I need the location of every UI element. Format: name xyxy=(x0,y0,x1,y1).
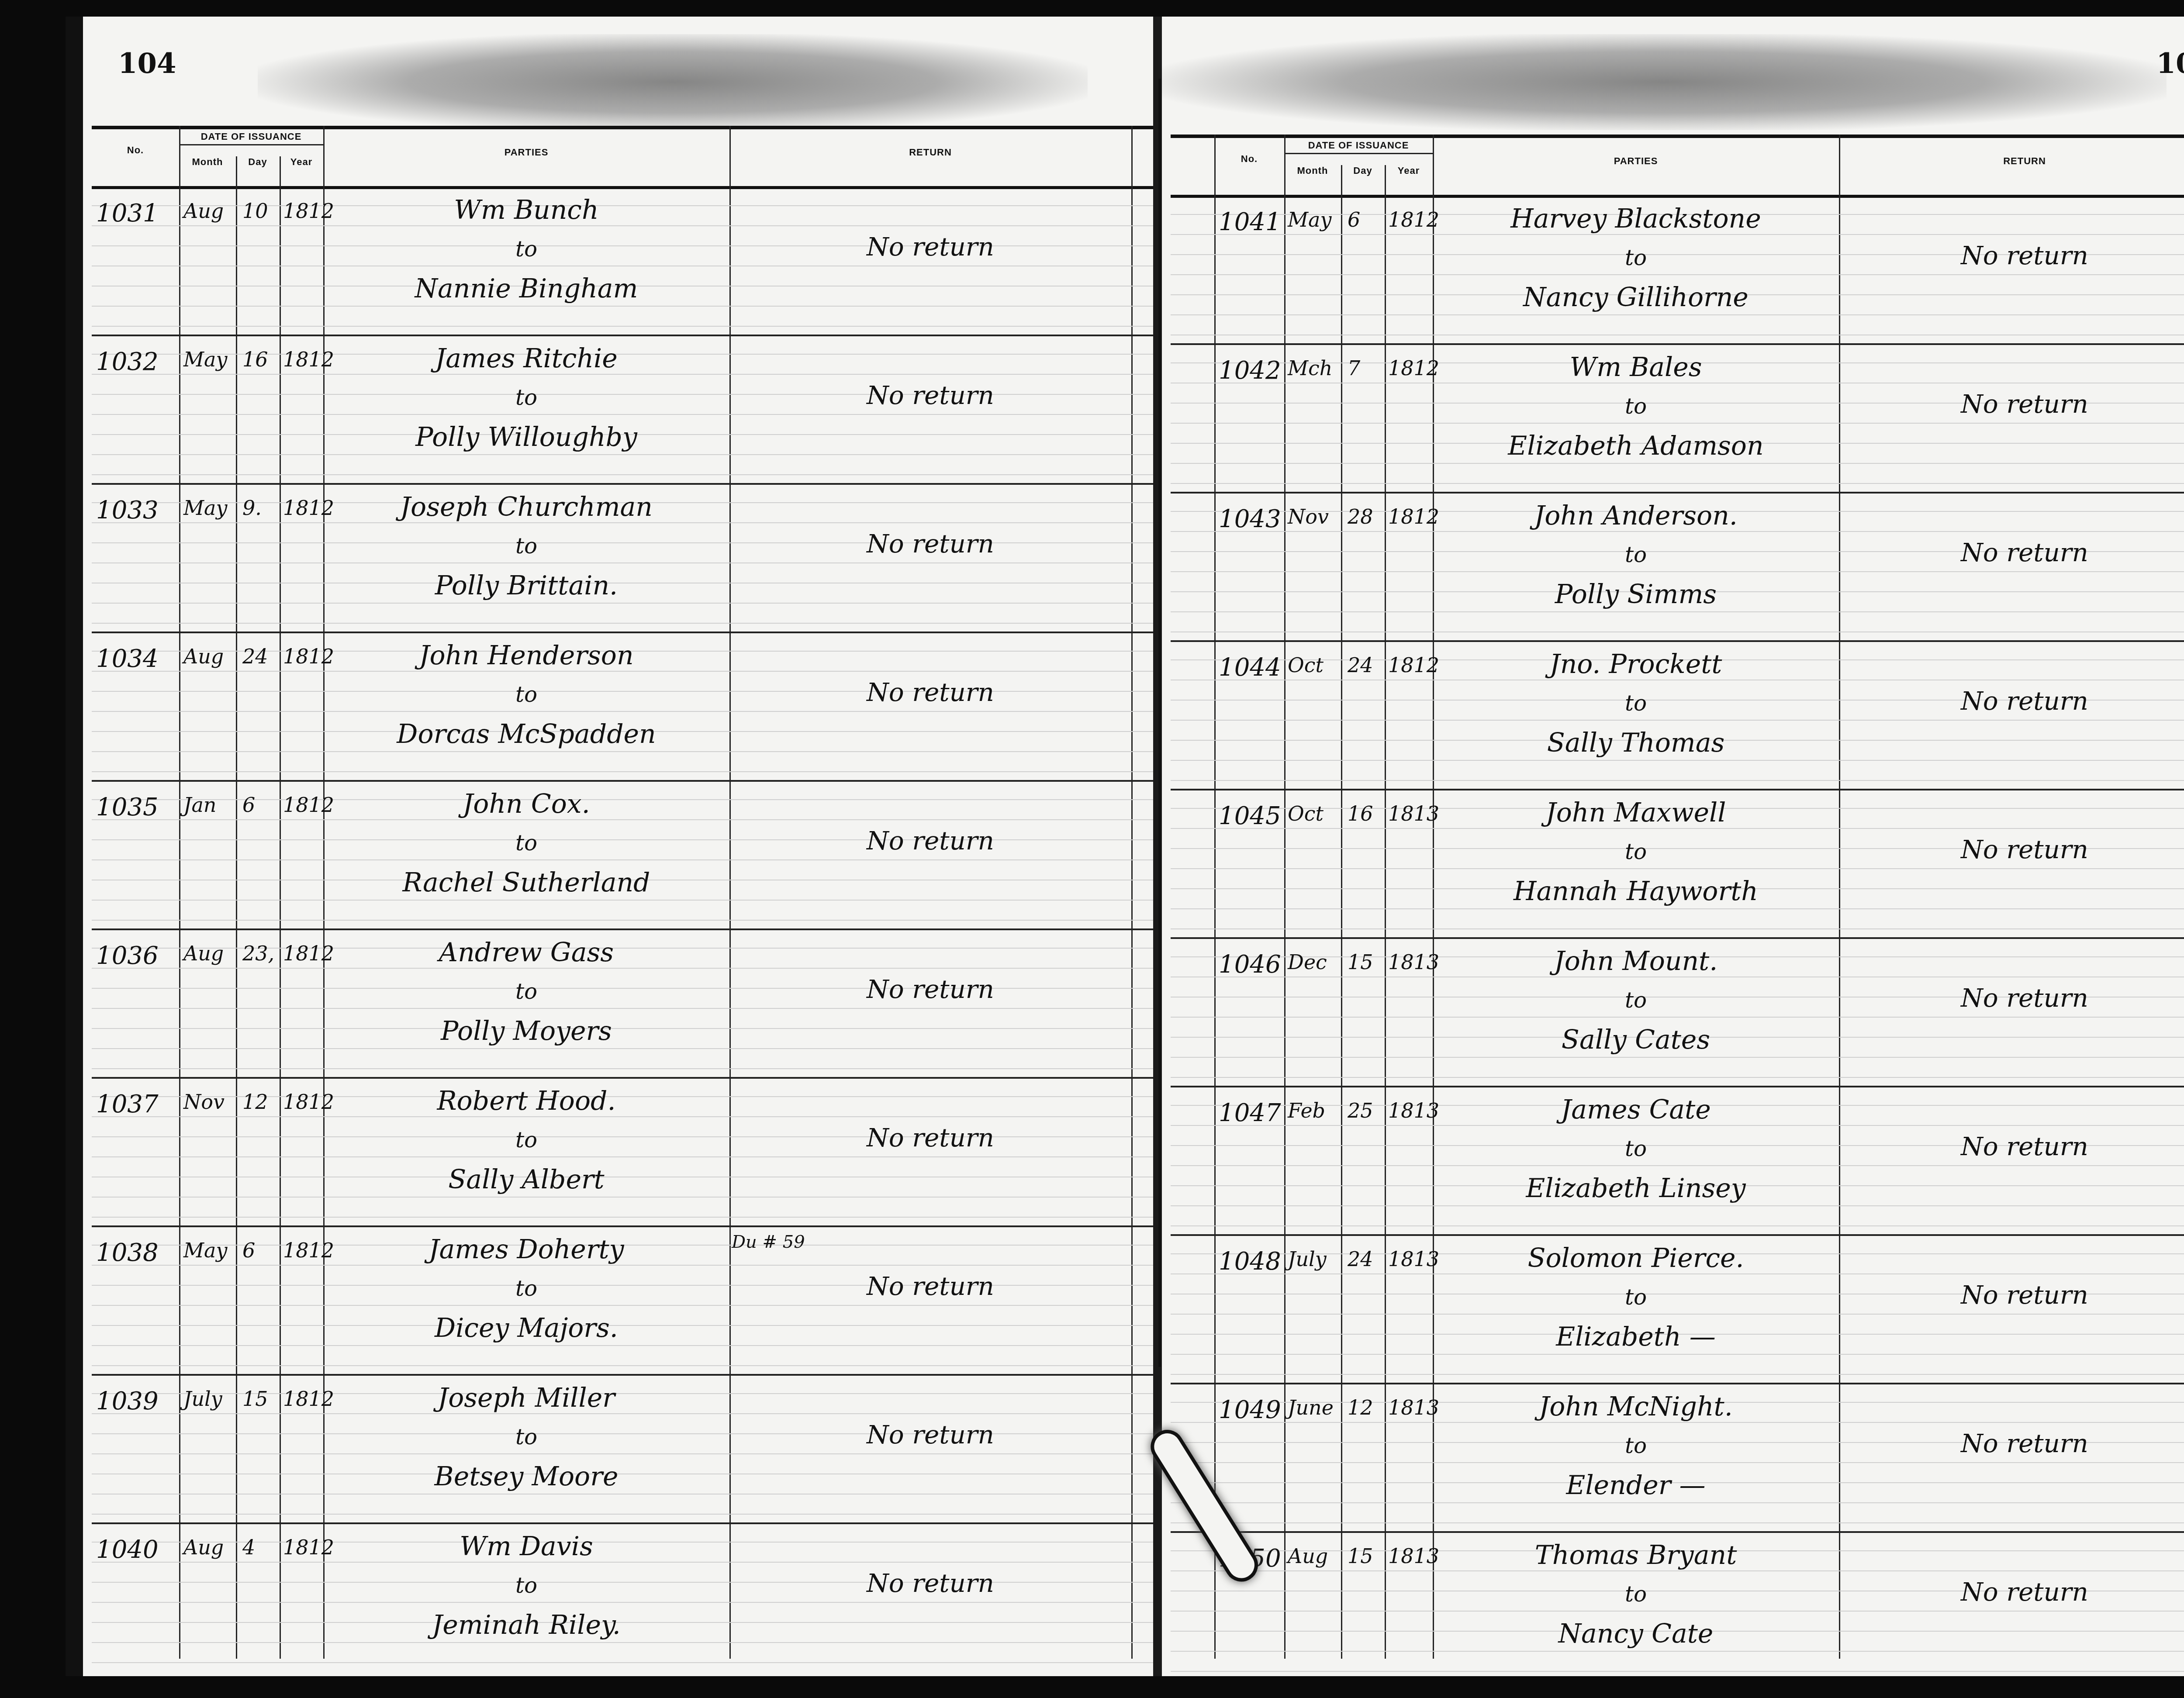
party-bride: Polly Brittain. xyxy=(323,570,729,601)
party-groom: John Anderson. xyxy=(1433,500,1839,531)
ledger-table: No. DATE OF ISSUANCE Month Day Year PART… xyxy=(1171,135,2184,1659)
party-groom: Wm Davis xyxy=(323,1531,729,1562)
party-connector: to xyxy=(323,1424,729,1450)
party-groom: James Ritchie xyxy=(323,343,729,374)
party-groom: John Cox. xyxy=(323,789,729,819)
party-connector: to xyxy=(1433,1433,1839,1458)
return-status: No return xyxy=(729,826,1131,856)
entry-day: 28 xyxy=(1348,505,1373,528)
party-bride: Sally Cates xyxy=(1433,1025,1839,1055)
entry-month: Aug xyxy=(183,1536,224,1559)
entry-list: 1041 May 6 1812 Harvey Blackstone to Nan… xyxy=(1171,195,2184,1659)
entry-month: Nov xyxy=(1288,505,1329,528)
return-status: No return xyxy=(729,677,1131,707)
entry-day: 6 xyxy=(242,793,255,817)
return-status: No return xyxy=(729,1568,1131,1598)
header-day: Day xyxy=(236,156,280,168)
left-page: 104 No. DATE OF ISSUANCE Month Day Year … xyxy=(66,17,1171,1676)
return-status: No return xyxy=(729,1420,1131,1450)
entry-number: 1035 xyxy=(96,793,159,821)
entry-month: Aug xyxy=(1288,1544,1328,1568)
margin-note: Du # 59 xyxy=(732,1232,805,1252)
header-no: No. xyxy=(1214,153,1284,165)
party-bride: Elender — xyxy=(1433,1470,1839,1501)
party-groom: James Cate xyxy=(1433,1094,1839,1125)
entry-day: 16 xyxy=(242,348,268,371)
entry-month: July xyxy=(183,1387,222,1411)
entry-month: Aug xyxy=(183,942,224,965)
party-connector: to xyxy=(1433,839,1839,864)
entry-year: 1812 xyxy=(1388,208,1439,231)
header-date-of-issuance: DATE OF ISSUANCE xyxy=(1284,140,1433,154)
entry-year: 1813 xyxy=(1388,1099,1439,1122)
header-year: Year xyxy=(1385,165,1433,176)
scan-shadow xyxy=(258,34,1088,130)
party-groom: James Doherty xyxy=(323,1234,729,1265)
table-row: 1038 May 6 1812 James Doherty to Dicey M… xyxy=(92,1225,1162,1376)
header-return: RETURN xyxy=(1839,155,2184,167)
ledger-table: No. DATE OF ISSUANCE Month Day Year PART… xyxy=(92,126,1162,1659)
party-bride: Dorcas McSpadden xyxy=(323,719,729,749)
table-row: 1047 Feb 25 1813 James Cate to Elizabeth… xyxy=(1171,1086,2184,1236)
entry-day: 23, xyxy=(242,942,274,965)
entry-number: 1042 xyxy=(1219,356,1281,385)
page-number: 105 xyxy=(2156,47,2184,80)
entry-day: 7 xyxy=(1348,356,1360,380)
entry-day: 12 xyxy=(1348,1396,1373,1419)
entry-month: May xyxy=(183,496,228,520)
entry-number: 1047 xyxy=(1219,1099,1281,1127)
party-bride: Nancy Cate xyxy=(1433,1619,1839,1649)
ledger-scan: 104 No. DATE OF ISSUANCE Month Day Year … xyxy=(0,0,2184,1698)
party-bride: Hannah Hayworth xyxy=(1433,876,1839,907)
entry-year: 1813 xyxy=(1388,1544,1439,1568)
party-groom: Wm Bunch xyxy=(323,195,729,225)
party-groom: Andrew Gass xyxy=(323,937,729,968)
party-groom: Harvey Blackstone xyxy=(1433,204,1839,234)
return-status: No return xyxy=(729,974,1131,1004)
party-groom: John Henderson xyxy=(323,640,729,671)
entry-number: 1045 xyxy=(1219,802,1281,830)
return-status: No return xyxy=(1839,241,2184,270)
party-bride: Sally Albert xyxy=(323,1164,729,1195)
party-groom: Jno. Prockett xyxy=(1433,649,1839,680)
return-status: No return xyxy=(1839,389,2184,419)
table-row: 1031 Aug 10 1812 Wm Bunch to Nannie Bing… xyxy=(92,186,1162,336)
party-bride: Elizabeth Adamson xyxy=(1433,431,1839,461)
party-connector: to xyxy=(323,682,729,707)
return-status: No return xyxy=(1839,835,2184,864)
party-connector: to xyxy=(1433,1136,1839,1161)
return-status: No return xyxy=(1839,1429,2184,1458)
table-row: 1042 Mch 7 1812 Wm Bales to Elizabeth Ad… xyxy=(1171,343,2184,494)
header-return: RETURN xyxy=(729,147,1131,158)
entry-month: Dec xyxy=(1288,950,1327,974)
entry-number: 1041 xyxy=(1219,208,1281,236)
entry-number: 1043 xyxy=(1219,505,1281,533)
table-row: 1040 Aug 4 1812 Wm Davis to Jeminah Rile… xyxy=(92,1522,1162,1671)
party-connector: to xyxy=(1433,1581,1839,1607)
party-bride: Polly Moyers xyxy=(323,1016,729,1046)
party-groom: John Mount. xyxy=(1433,946,1839,977)
entry-year: 1813 xyxy=(1388,802,1439,825)
entry-day: 15 xyxy=(1348,950,1373,974)
entry-number: 1034 xyxy=(96,645,159,673)
party-connector: to xyxy=(323,1276,729,1301)
party-bride: Rachel Sutherland xyxy=(323,867,729,898)
entry-day: 24 xyxy=(242,645,268,668)
party-connector: to xyxy=(323,830,729,856)
entry-month: July xyxy=(1288,1247,1327,1271)
entry-year: 1812 xyxy=(1388,653,1439,677)
party-connector: to xyxy=(323,1127,729,1153)
party-bride: Elizabeth Linsey xyxy=(1433,1173,1839,1204)
party-connector: to xyxy=(323,979,729,1004)
header-month: Month xyxy=(179,156,236,168)
entry-number: 1033 xyxy=(96,496,159,525)
party-bride: Sally Thomas xyxy=(1433,728,1839,758)
entry-day: 10 xyxy=(242,199,268,223)
entry-day: 6 xyxy=(242,1239,255,1262)
entry-day: 15 xyxy=(242,1387,268,1411)
party-groom: Robert Hood. xyxy=(323,1086,729,1116)
entry-day: 9. xyxy=(242,496,262,520)
party-groom: Wm Bales xyxy=(1433,352,1839,383)
entry-number: 1036 xyxy=(96,942,159,970)
entry-day: 24 xyxy=(1348,1247,1373,1271)
entry-number: 1046 xyxy=(1219,950,1281,979)
entry-year: 1812 xyxy=(1388,356,1439,380)
entry-year: 1813 xyxy=(1388,1396,1439,1419)
entry-number: 1032 xyxy=(96,348,159,376)
return-status: No return xyxy=(1839,983,2184,1013)
spine-crease xyxy=(1158,79,1161,1367)
party-connector: to xyxy=(323,236,729,262)
table-header: No. DATE OF ISSUANCE Month Day Year PART… xyxy=(1171,135,2184,198)
entry-number: 1031 xyxy=(96,199,159,228)
entry-month: May xyxy=(1288,208,1332,231)
entry-month: May xyxy=(183,348,228,371)
scan-shadow xyxy=(1162,34,2167,130)
party-connector: to xyxy=(323,385,729,410)
header-month: Month xyxy=(1284,165,1341,176)
party-groom: John McNight. xyxy=(1433,1391,1839,1422)
entry-day: 4 xyxy=(242,1536,255,1559)
party-connector: to xyxy=(1433,690,1839,716)
return-status: No return xyxy=(1839,1577,2184,1607)
table-row: 1037 Nov 12 1812 Robert Hood. to Sally A… xyxy=(92,1077,1162,1227)
header-parties: PARTIES xyxy=(323,147,729,158)
table-row: 1034 Aug 24 1812 John Henderson to Dorca… xyxy=(92,632,1162,782)
party-connector: to xyxy=(1433,542,1839,567)
entry-day: 6 xyxy=(1348,208,1360,231)
return-status: No return xyxy=(1839,538,2184,567)
party-bride: Nannie Bingham xyxy=(323,273,729,304)
entry-month: May xyxy=(183,1239,228,1262)
entry-number: 1037 xyxy=(96,1090,159,1118)
entry-year: 1813 xyxy=(1388,950,1439,974)
entry-day: 25 xyxy=(1348,1099,1373,1122)
return-status: No return xyxy=(729,232,1131,262)
entry-month: Feb xyxy=(1288,1099,1325,1122)
return-status: No return xyxy=(729,529,1131,559)
party-connector: to xyxy=(1433,245,1839,270)
party-bride: Elizabeth — xyxy=(1433,1322,1839,1352)
entry-year: 1813 xyxy=(1388,1247,1439,1271)
return-status: No return xyxy=(1839,686,2184,716)
page-number: 104 xyxy=(118,47,176,80)
party-groom: Solomon Pierce. xyxy=(1433,1243,1839,1273)
party-bride: Dicey Majors. xyxy=(323,1313,729,1343)
entry-list: 1031 Aug 10 1812 Wm Bunch to Nannie Bing… xyxy=(92,186,1162,1659)
entry-month: Oct xyxy=(1288,802,1324,825)
table-row: 1043 Nov 28 1812 John Anderson. to Polly… xyxy=(1171,492,2184,642)
header-no: No. xyxy=(92,145,179,156)
party-connector: to xyxy=(1433,1284,1839,1310)
entry-month: Nov xyxy=(183,1090,225,1114)
party-bride: Jeminah Riley. xyxy=(323,1610,729,1640)
entry-day: 16 xyxy=(1348,802,1373,825)
table-row: 1033 May 9. 1812 Joseph Churchman to Pol… xyxy=(92,483,1162,633)
entry-number: 1044 xyxy=(1219,653,1281,682)
party-groom: Thomas Bryant xyxy=(1433,1540,1839,1570)
party-bride: Polly Willoughby xyxy=(323,422,729,452)
table-row: 1041 May 6 1812 Harvey Blackstone to Nan… xyxy=(1171,195,2184,345)
return-status: No return xyxy=(729,380,1131,410)
party-groom: Joseph Miller xyxy=(323,1383,729,1413)
header-year: Year xyxy=(280,156,323,168)
party-bride: Nancy Gillihorne xyxy=(1433,282,1839,313)
table-row: 1032 May 16 1812 James Ritchie to Polly … xyxy=(92,335,1162,485)
entry-day: 15 xyxy=(1348,1544,1373,1568)
entry-number: 1048 xyxy=(1219,1247,1281,1276)
right-page: 105 No. DATE OF ISSUANCE Month Day Year … xyxy=(1162,17,2184,1676)
entry-number: 1039 xyxy=(96,1387,159,1415)
entry-month: Jan xyxy=(183,793,217,817)
table-row: 1050 Aug 15 1813 Thomas Bryant to Nancy … xyxy=(1171,1531,2184,1676)
return-status: No return xyxy=(1839,1280,2184,1310)
entry-month: Mch xyxy=(1288,356,1333,380)
entry-month: Aug xyxy=(183,645,224,668)
entry-month: June xyxy=(1288,1396,1334,1419)
return-status: No return xyxy=(1839,1132,2184,1161)
entry-day: 12 xyxy=(242,1090,268,1114)
table-row: 1049 June 12 1813 John McNight. to Elend… xyxy=(1171,1383,2184,1533)
return-status: No return xyxy=(729,1123,1131,1153)
table-row: 1045 Oct 16 1813 John Maxwell to Hannah … xyxy=(1171,789,2184,939)
table-row: 1044 Oct 24 1812 Jno. Prockett to Sally … xyxy=(1171,640,2184,790)
party-connector: to xyxy=(1433,393,1839,419)
table-row: 1036 Aug 23, 1812 Andrew Gass to Polly M… xyxy=(92,928,1162,1079)
party-connector: to xyxy=(323,533,729,559)
party-connector: to xyxy=(1433,987,1839,1013)
party-bride: Polly Simms xyxy=(1433,579,1839,610)
entry-number: 1049 xyxy=(1219,1396,1281,1424)
entry-number: 1038 xyxy=(96,1239,159,1267)
entry-month: Oct xyxy=(1288,653,1324,677)
table-row: 1039 July 15 1812 Joseph Miller to Betse… xyxy=(92,1374,1162,1524)
entry-number: 1040 xyxy=(96,1536,159,1564)
table-header: No. DATE OF ISSUANCE Month Day Year PART… xyxy=(92,126,1162,189)
entry-year: 1812 xyxy=(1388,505,1439,528)
party-bride: Betsey Moore xyxy=(323,1461,729,1492)
header-parties: PARTIES xyxy=(1433,155,1839,167)
header-day: Day xyxy=(1341,165,1385,176)
party-groom: Joseph Churchman xyxy=(323,492,729,522)
table-row: 1035 Jan 6 1812 John Cox. to Rachel Suth… xyxy=(92,780,1162,930)
party-connector: to xyxy=(323,1573,729,1598)
return-status: No return xyxy=(729,1271,1131,1301)
table-row: 1046 Dec 15 1813 John Mount. to Sally Ca… xyxy=(1171,937,2184,1087)
entry-day: 24 xyxy=(1348,653,1373,677)
entry-month: Aug xyxy=(183,199,224,223)
header-date-of-issuance: DATE OF ISSUANCE xyxy=(179,131,323,145)
party-groom: John Maxwell xyxy=(1433,797,1839,828)
table-row: 1048 July 24 1813 Solomon Pierce. to Eli… xyxy=(1171,1234,2184,1384)
